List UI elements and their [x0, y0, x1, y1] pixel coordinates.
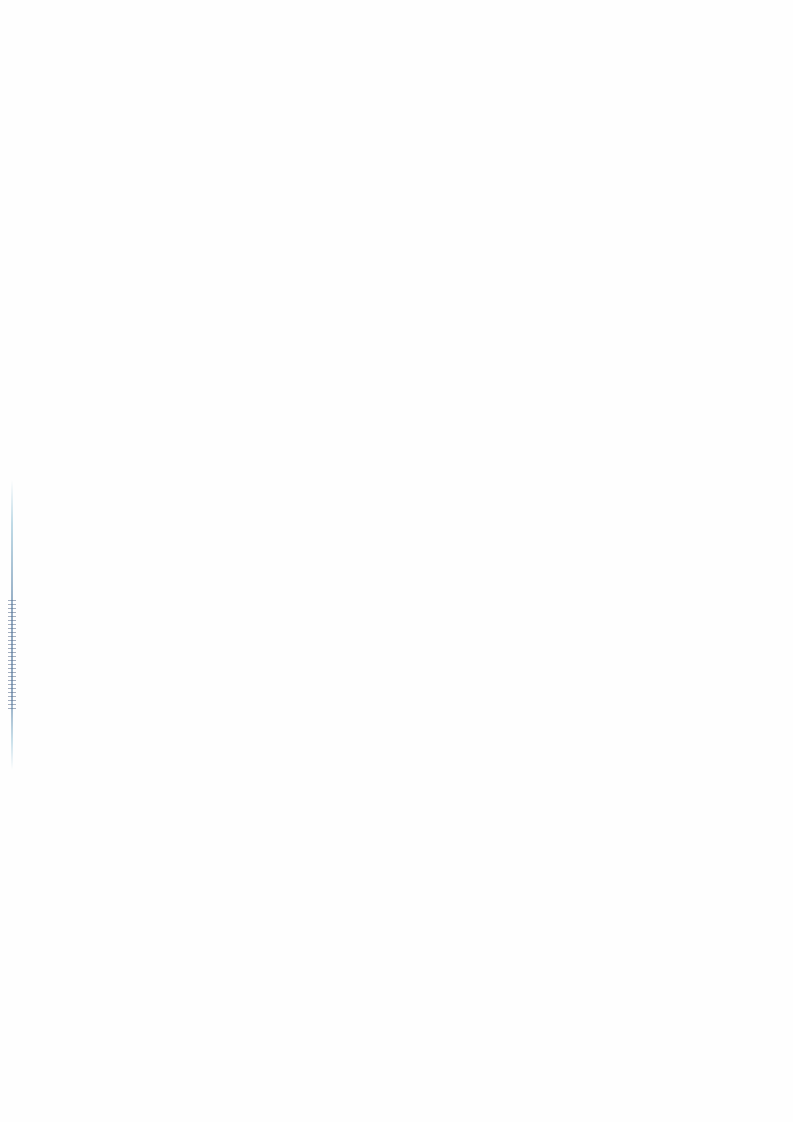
- document-page: [0, 0, 793, 1122]
- scan-binding-ticks: [8, 600, 16, 712]
